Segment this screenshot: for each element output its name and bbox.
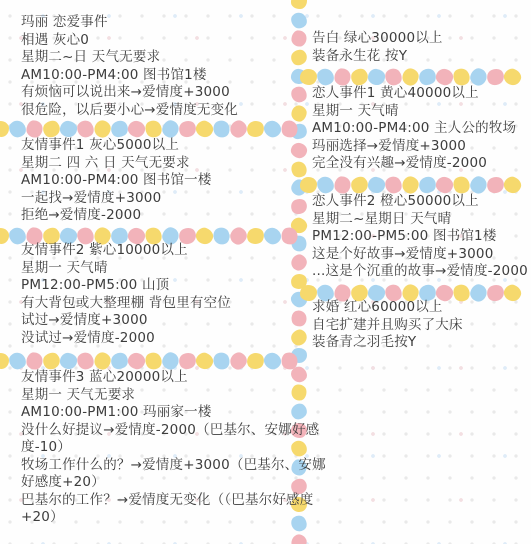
- dot-blob: [290, 30, 306, 47]
- dot-blob: [501, 282, 523, 304]
- guide-text-line: 星期一 天气无要求: [21, 387, 326, 405]
- guide-text-line: 求婚 红心60000以上: [312, 299, 463, 317]
- guide-text-line: ...这是个沉重的故事→爱情度-2000: [312, 263, 528, 281]
- dot-blob: [288, 84, 309, 106]
- dot-divider-horizontal: [300, 67, 518, 87]
- guide-text-line: 有烦恼可以说出来→爱情度+3000: [21, 84, 238, 102]
- guide-text-line: 装备永生花 按Y: [312, 48, 443, 66]
- section-friend-event-2: 友情事件2 紫心10000以上星期一 天气晴PM12:00-PM5:00 山顶有…: [21, 242, 231, 347]
- dot-blob: [401, 175, 420, 195]
- guide-text-line: 牧场工作什么的？→爱情度+3000（巴基尔、安娜: [21, 457, 326, 475]
- guide-text-line: 星期一 天气晴: [21, 260, 231, 278]
- section-friend-event-1: 友情事件1 灰心5000以上星期二 四 六 日 天气无要求AM10:00-PM4…: [21, 137, 212, 225]
- guide-text-line: 没试过→爱情度-2000: [21, 330, 231, 348]
- dot-blob: [26, 352, 43, 370]
- dot-divider-horizontal: [0, 351, 298, 371]
- guide-text-line: 玛丽 恋爱事件: [21, 14, 238, 32]
- dot-blob: [211, 118, 232, 139]
- guide-text-line: 拒绝→爱情度-2000: [21, 207, 212, 225]
- dot-blob: [288, 9, 310, 31]
- dot-blob: [288, 326, 310, 348]
- dot-divider-horizontal: [0, 119, 298, 139]
- dot-blob: [280, 119, 299, 139]
- dot-blob: [300, 177, 317, 193]
- guide-text-line: 装备青之羽毛按Y: [312, 334, 463, 352]
- dot-blob: [468, 282, 489, 303]
- guide-text-line: 友情事件1 灰心5000以上: [21, 137, 212, 155]
- guide-text-line: 有大背包或大整理棚 背包里有空位: [21, 295, 231, 313]
- dot-blob: [288, 197, 309, 217]
- guide-text-line: 自宅扩建并且购买了大床: [312, 317, 463, 335]
- guide-text-line: 星期二 四 六 日 天气无要求: [21, 155, 212, 173]
- guide-text-line: +20）: [21, 509, 326, 527]
- dot-blob: [59, 120, 78, 138]
- guide-text-line: 很危险，以后要小心→爱情度无变化: [21, 102, 238, 120]
- guide-text-line: AM10:00-PM4:00 图书馆一楼: [21, 172, 212, 190]
- guide-text-line: 玛丽选择→爱情度+3000: [312, 138, 516, 156]
- guide-text-line: 恋人事件2 橙心50000以上: [312, 193, 528, 211]
- guide-text-line: AM10:00-PM1:00 玛丽家一楼: [21, 404, 326, 422]
- dot-blob: [289, 533, 307, 544]
- dot-divider-horizontal: [300, 175, 518, 195]
- dot-blob: [93, 119, 112, 139]
- dot-blob: [280, 226, 299, 246]
- section-lover-event-1: 恋人事件1 黄心40000以上星期一 天气晴AM10:00-PM4:00 主人公…: [312, 85, 516, 173]
- dot-blob: [26, 120, 43, 138]
- guide-text-line: 巴基尔的工作？→爱情度无变化（（巴基尔好感度: [21, 492, 326, 510]
- guide-text-line: 试过→爱情度+3000: [21, 312, 231, 330]
- guide-text-line: 没什么好提议→爱情度-2000（巴基尔、安娜好感: [21, 422, 326, 440]
- section-friend-event-3: 友情事件3 蓝心20000以上星期一 天气无要求AM10:00-PM1:00 玛…: [21, 369, 326, 527]
- dot-blob: [401, 67, 420, 87]
- guide-text-line: 完全没有兴趣→爱情度-2000: [312, 155, 516, 173]
- dot-blob: [291, 0, 307, 9]
- dot-blob: [280, 351, 299, 371]
- guide-text-line: AM10:00-PM4:00 图书馆1楼: [21, 67, 238, 85]
- guide-text-line: 友情事件2 紫心10000以上: [21, 242, 231, 260]
- dot-blob: [93, 351, 112, 371]
- section-proposal: 求婚 红心60000以上自宅扩建并且购买了大床装备青之羽毛按Y: [312, 299, 463, 352]
- dot-blob: [288, 47, 310, 69]
- dot-blob: [59, 352, 78, 370]
- guide-text-line: 相遇 灰心0: [21, 32, 238, 50]
- guide-text-line: PM12:00-PM5:00 山顶: [21, 277, 231, 295]
- dot-blob: [0, 121, 9, 137]
- dot-blob: [289, 141, 309, 160]
- guide-text-line: 恋人事件1 黄心40000以上: [312, 85, 516, 103]
- guide-text-line: 星期一 天气晴: [312, 103, 516, 121]
- guide-text-line: PM12:00-PM5:00 图书馆1楼: [312, 228, 528, 246]
- dot-blob: [367, 176, 386, 194]
- guide-text-line: 这是个好故事→爱情度+3000: [312, 246, 528, 264]
- guide-text-line: 友情事件3 蓝心20000以上: [21, 369, 326, 387]
- dot-blob: [334, 176, 351, 194]
- dot-blob: [367, 68, 386, 86]
- guide-text-line: 度-10）: [21, 439, 326, 457]
- guide-text-line: 星期二~星期日 天气晴: [312, 211, 528, 229]
- guide-text-line: 星期二~日 天气无要求: [21, 49, 238, 67]
- guide-text-line: AM10:00-PM4:00 主人公的牧场: [312, 120, 516, 138]
- dot-blob: [0, 228, 9, 244]
- dot-blob: [300, 69, 317, 85]
- dot-blob: [334, 68, 351, 86]
- guide-text-line: 好感度+20）: [21, 474, 326, 492]
- guide-page: 玛丽 恋爱事件相遇 灰心0星期二~日 天气无要求AM10:00-PM4:00 图…: [0, 0, 531, 544]
- guide-text-line: 一起找→爱情度+3000: [21, 190, 212, 208]
- section-lover-event-2: 恋人事件2 橙心50000以上星期二~星期日 天气晴PM12:00-PM5:00…: [312, 193, 528, 281]
- guide-text-line: 告白 绿心30000以上: [312, 30, 443, 48]
- section-meet: 玛丽 恋爱事件相遇 灰心0星期二~日 天气无要求AM10:00-PM4:00 图…: [21, 14, 238, 119]
- section-confession: 告白 绿心30000以上装备永生花 按Y: [312, 30, 443, 65]
- dot-blob: [290, 309, 308, 328]
- dot-blob: [288, 252, 309, 273]
- dot-blob: [0, 353, 9, 369]
